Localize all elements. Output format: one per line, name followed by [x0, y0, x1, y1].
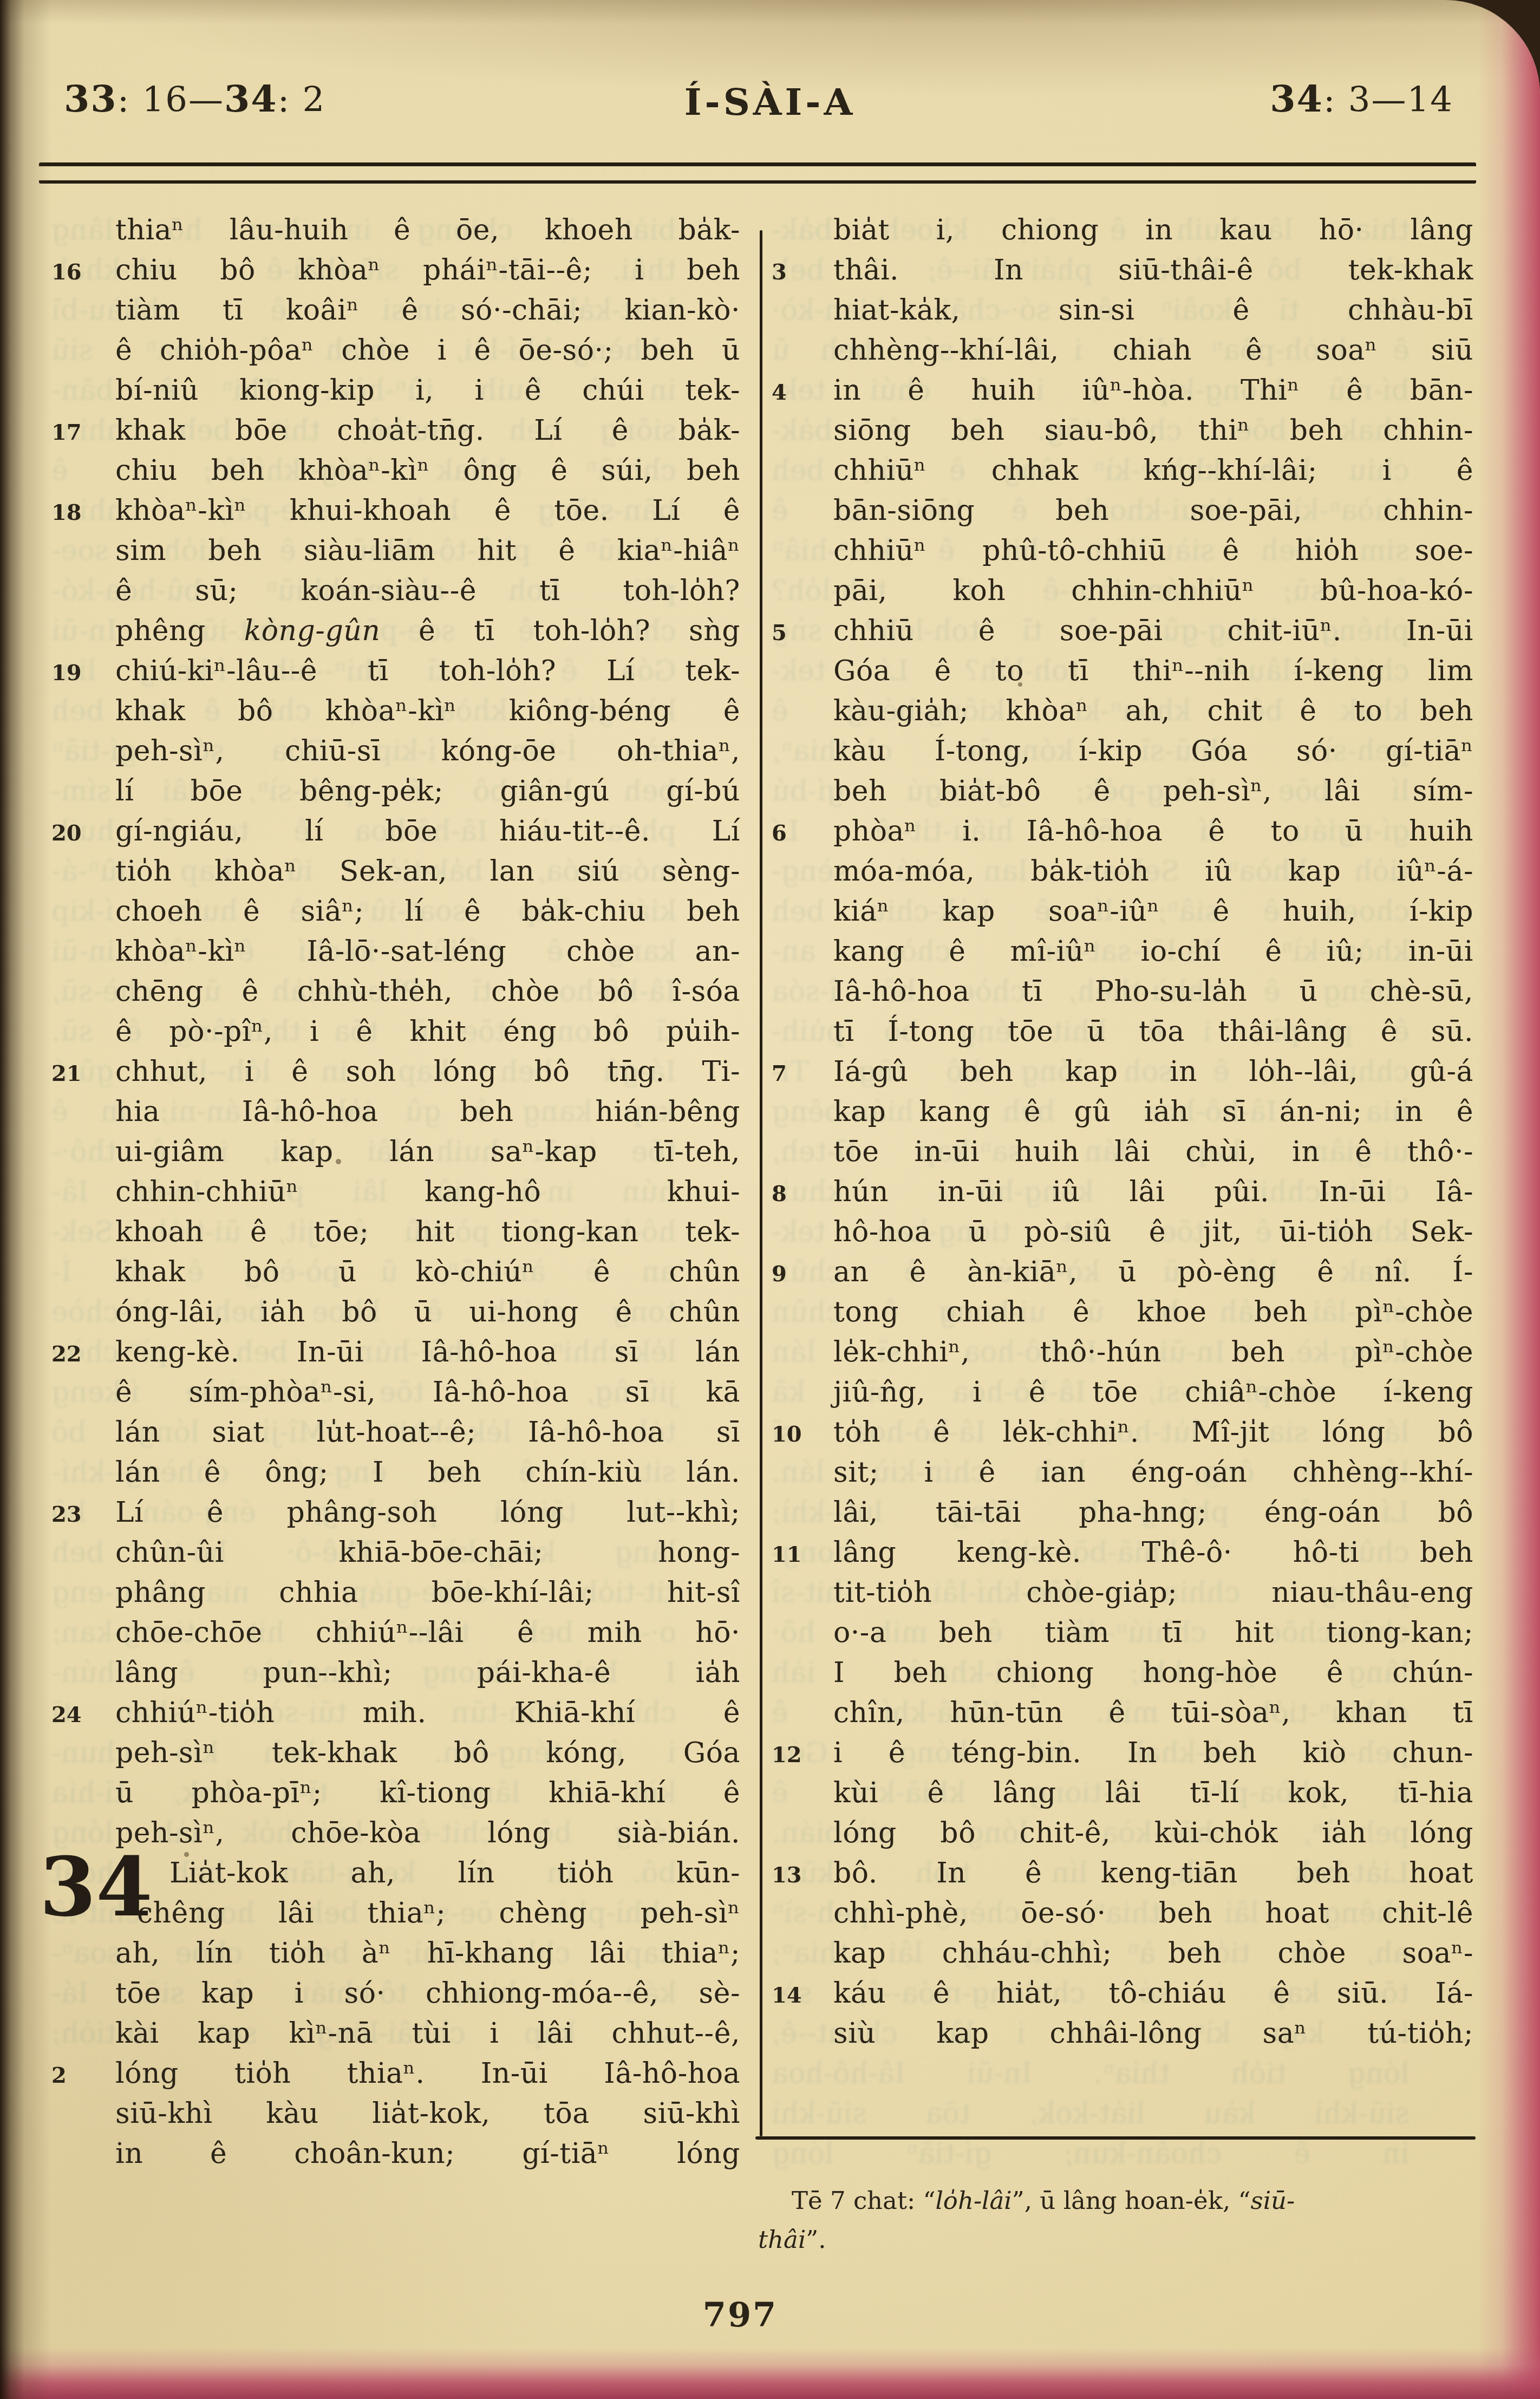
verse-line: in ê choân-kun; gí-tiāⁿ lóng: [51, 2134, 740, 2174]
verse-number: [772, 317, 833, 320]
verse-text: thiaⁿ lâu-huih ê ōe, khoeh ba̍k-: [115, 210, 740, 250]
verse-line: jiû-n̂g, i ê tōe chiâⁿ-chòe í-keng: [772, 1372, 1473, 1412]
verse-text: Lia̍t-kok ah, lín tio̍h kūn-: [115, 1853, 740, 1893]
verse-text: tit-tio̍h chòe-gia̍p; niau-thâu-eng: [833, 1573, 1473, 1613]
verse-line: 9an ê àn-kiāⁿ, ū pò-èng ê nî. Í-: [772, 1252, 1473, 1292]
bleed-through-line: in ê choân-kun; gí-tiāⁿ lóng: [772, 2134, 1473, 2174]
verse-text: kap kang ê gû ia̍h sī án-ni; in ê: [833, 1092, 1473, 1132]
verse-line: siū-khì kàu lia̍t-kok, tōa siū-khì: [51, 2094, 740, 2134]
verse-line: Lia̍t-kok ah, lín tio̍h kūn-: [51, 1853, 740, 1893]
verse-text: peh-sìⁿ tek-khak bô kóng, Góa: [115, 1733, 740, 1773]
verse-line: 6phòaⁿ i. Iâ-hô-hoa ê to ū huih: [772, 811, 1473, 851]
verse-line: kàu Í-tong, í-kip Góa só· gí-tiāⁿ: [772, 731, 1473, 771]
verse-number: [51, 317, 115, 320]
verse-line: le̍k-chhiⁿ, thô·-hún beh pìⁿ-chòe: [772, 1332, 1473, 1372]
verse-number: 21: [51, 1052, 115, 1094]
verse-line: kang ê mî-iûⁿ io-chí ê iû; in-ūi: [772, 931, 1473, 972]
verse-text: kàu Í-tong, í-kip Góa só· gí-tiāⁿ: [833, 731, 1473, 771]
verse-text: lóng tio̍h thiaⁿ. In-ūi Iâ-hô-hoa: [115, 2054, 740, 2094]
verse-number: [51, 1680, 115, 1682]
verse-text: tiàm tī koâiⁿ ê só·-chāi; kian-kò·: [115, 290, 740, 330]
verse-number: [51, 1199, 115, 1201]
scanned-book-page: { "colors": { "paper": "#e8d9ab", "ink":…: [0, 0, 1540, 2399]
verse-text: siū-khì kàu lia̍t-kok, tōa siū-khì: [115, 2094, 740, 2134]
verse-text: ê chio̍h-pôaⁿ chòe i ê ōe-só·; beh ū: [115, 330, 740, 370]
verse-text: choeh ê siâⁿ; lí ê ba̍k-chiu beh: [115, 891, 740, 931]
fore-edge-stain-right: [1478, 0, 1540, 2399]
verse-number: [51, 237, 115, 239]
verse-number: [772, 438, 833, 440]
verse-line: lâi, tāi-tāi pha-hng; éng-oán bô: [772, 1492, 1473, 1533]
verse-line: khoah ê tōe; hit tiong-kan tek-: [51, 1212, 740, 1252]
verse-text: chêng lâi thiaⁿ; chèng peh-sìⁿ: [115, 1893, 740, 1933]
verse-number: 11: [772, 1533, 833, 1575]
column-right: thiaⁿ lâu-huih ê ōe, khoeh ba̍k-chiu bô …: [772, 210, 1473, 2054]
verse-line: chiu beh khòaⁿ-kìⁿ ông ê súi, beh: [51, 451, 740, 491]
verse-text: khak bōe choa̍t-tn̄g. Lí ê ba̍k-: [115, 410, 740, 451]
verse-line: chhèng--khí-lâi, chiah ê soaⁿ siū: [772, 330, 1473, 370]
verse-text: kài kap kìⁿ-nā tùi i lâi chhut--ê,: [115, 2013, 740, 2054]
verse-text: an ê àn-kiāⁿ, ū pò-èng ê nî. Í-: [833, 1252, 1473, 1292]
verse-number: [772, 678, 833, 680]
verse-text: khòaⁿ-kìⁿ khui-khoah ê tōe. Lí ê: [115, 491, 740, 531]
verse-line: Góa ê to tī thiⁿ--nih í-keng lim: [772, 651, 1473, 691]
verse-text: chhèng--khí-lâi, chiah ê soaⁿ siū: [833, 330, 1473, 370]
verse-text: keng-kè. In-ūi Iâ-hô-hoa sī lán: [115, 1332, 740, 1372]
verse-text: chiu bô khòaⁿ pháiⁿ-tāi--ê; i beh: [115, 250, 740, 290]
verse-line: 3thâi. In siū-thâi-ê tek-khak: [772, 250, 1473, 290]
page-number: 797: [0, 2295, 1480, 2335]
verse-number: [772, 2041, 833, 2043]
verse-text: tong chiah ê khoe beh pìⁿ-chòe: [833, 1292, 1473, 1332]
verse-line: tōe in-ūi huih lâi chùi, in ê thô·-: [772, 1132, 1473, 1172]
verse-number: [51, 878, 115, 881]
verse-number: 4: [772, 370, 833, 413]
verse-number: 18: [51, 491, 115, 533]
verse-line: o·-a beh tiàm tī hit tiong-kan;: [772, 1613, 1473, 1653]
verse-text: thâi. In siū-thâi-ê tek-khak: [833, 250, 1473, 290]
verse-number: [772, 237, 833, 239]
verse-number: [772, 1039, 833, 1041]
verse-text: peh-sìⁿ, chōe-kòa lóng sià-bián.: [115, 1813, 740, 1853]
verse-line: chûn-ûi khiā-bōe-chāi; hong-: [51, 1533, 740, 1573]
verse-text: hiat-ka̍k, sin-si ê chhàu-bī: [833, 290, 1473, 330]
verse-text: o·-a beh tiàm tī hit tiong-kan;: [833, 1613, 1473, 1653]
header-rule: [39, 162, 1476, 184]
verse-number: [51, 1239, 115, 1241]
verse-line: 23Lí ê phâng-soh lóng lut--khì;: [51, 1492, 740, 1533]
verse-text: pāi, koh chhin-chhiūⁿ bû-hoa-kó-: [833, 571, 1473, 611]
verse-text: i ê téng-bin. In beh kiò chun-: [833, 1733, 1473, 1773]
verse-number: [51, 1319, 115, 1321]
verse-text: hia Iâ-hô-hoa beh hián-bêng: [115, 1092, 740, 1132]
verse-text: kàu-gia̍h; khòaⁿ ah, chit ê to beh: [833, 691, 1473, 731]
verse-number: [51, 397, 115, 400]
verse-text: ui-giâm kap lán saⁿ-kap tī-teh,: [115, 1132, 740, 1172]
verse-line: sit; i ê ian éng-oán chhèng--khí-: [772, 1452, 1473, 1492]
verse-number: [51, 2041, 115, 2043]
verse-number: [772, 518, 833, 520]
verse-number: [51, 1039, 115, 1041]
verse-number: 19: [51, 651, 115, 693]
verse-number: [772, 1920, 833, 1922]
verse-text: káu ê hia̍t, tô-chiáu ê siū. Iá-: [833, 1973, 1473, 2013]
verse-line: pāi, koh chhin-chhiūⁿ bû-hoa-kó-: [772, 571, 1473, 611]
verse-text: phòaⁿ i. Iâ-hô-hoa ê to ū huih: [833, 811, 1473, 851]
verse-line: Iâ-hô-hoa tī Pho-su-la̍h ū chè-sū,: [772, 972, 1473, 1012]
verse-number: [51, 1760, 115, 1762]
verse-text: phâng chhia bōe-khí-lâi; hit-sî: [115, 1573, 740, 1613]
verse-text: tōe in-ūi huih lâi chùi, in ê thô·-: [833, 1132, 1473, 1172]
verse-line: siōng beh siau-bô, thiⁿ beh chhin-: [772, 410, 1473, 451]
verse-number: [51, 959, 115, 961]
verse-line: lán siat lu̍t-hoat--ê; Iâ-hô-hoa sī: [51, 1412, 740, 1452]
verse-line: 4in ê huih iûⁿ-hòa. Thiⁿ ê bān-: [772, 370, 1473, 410]
verse-line: khòaⁿ-kìⁿ Iâ-lō·-sat-léng chòe an-: [51, 931, 740, 972]
binding-shadow-left: [0, 0, 51, 2399]
verse-text: chûn-ûi khiā-bōe-chāi; hong-: [115, 1533, 740, 1573]
verse-number: [772, 1159, 833, 1161]
verse-line: móa-móa, ba̍k-tio̍h iû kap iûⁿ-á-: [772, 851, 1473, 891]
page-paper: 33: 16—34: 2 Í-SÀI-A 34: 3—14 bia̍t i, c…: [0, 0, 1540, 2399]
verse-line: chhiūⁿ phû-tô-chhiū ê hio̍h soe-: [772, 531, 1473, 571]
verse-number: [51, 1640, 115, 1642]
verse-number: [51, 638, 115, 640]
verse-number: [51, 2161, 115, 2163]
verse-text: chiú-kiⁿ-lâu--ê tī toh-lo̍h? Lí tek-: [115, 651, 740, 691]
verse-number: 24: [51, 1693, 115, 1735]
verse-line: 18khòaⁿ-kìⁿ khui-khoah ê tōe. Lí ê: [51, 491, 740, 531]
verse-text: Iâ-hô-hoa tī Pho-su-la̍h ū chè-sū,: [833, 972, 1473, 1012]
verse-number: [772, 1640, 833, 1642]
verse-number: [51, 1560, 115, 1562]
verse-number: [51, 1159, 115, 1161]
verse-line: kàu-gia̍h; khòaⁿ ah, chit ê to beh: [772, 691, 1473, 731]
verse-number: [772, 1359, 833, 1361]
verse-number: [772, 1840, 833, 1842]
verse-text: le̍k-chhiⁿ, thô·-hún beh pìⁿ-chòe: [833, 1332, 1473, 1372]
verse-text: kiáⁿ kap soaⁿ-iûⁿ ê huih, í-kip: [833, 891, 1473, 931]
verse-text: kap chháu-chhì; beh chòe soaⁿ-: [833, 1933, 1473, 1973]
verse-text: lán ê ông; I beh chín-kiù lán.: [115, 1452, 740, 1492]
verse-line: chêng lâi thiaⁿ; chèng peh-sìⁿ: [51, 1893, 740, 1933]
verse-line: 2lóng tio̍h thiaⁿ. In-ūi Iâ-hô-hoa: [51, 2054, 740, 2094]
verse-text: chēng ê chhù-the̍h, chòe bô î-sóa: [115, 972, 740, 1012]
verse-text: hún in-ūi iû lâi pûi. In-ūi Iâ-: [833, 1172, 1473, 1212]
verse-line: chhì-phè, ōe-só· beh hoat chit-lê: [772, 1893, 1473, 1933]
verse-number: 7: [772, 1052, 833, 1094]
verse-text: hô-hoa ū pò-siû ê ji̍t, ūi-tio̍h Sek-: [833, 1212, 1473, 1252]
verse-line: chhiūⁿ chhak kńg--khí-lâi; i ê: [772, 451, 1473, 491]
verse-text: lán siat lu̍t-hoat--ê; Iâ-hô-hoa sī: [115, 1412, 740, 1452]
verse-number: [772, 1680, 833, 1682]
footnote-line: thâi”.: [758, 2220, 1469, 2259]
verse-number: 23: [51, 1492, 115, 1535]
verse-line: óng-lâi, ia̍h bô ū ui-hong ê chûn: [51, 1292, 740, 1332]
verse-text: ê sím-phòaⁿ-si, Iâ-hô-hoa sī kā: [115, 1372, 740, 1412]
verse-text: siōng beh siau-bô, thiⁿ beh chhin-: [833, 410, 1473, 451]
bleed-through-line: siū-khì kàu lia̍t-kok, tōa siū-khì: [772, 2094, 1473, 2134]
verse-line: ui-giâm kap lán saⁿ-kap tī-teh,: [51, 1132, 740, 1172]
verse-line: beh bia̍t-bô ê peh-sìⁿ, lâi sím-: [772, 771, 1473, 811]
verse-text: chhiū ê soe-pāi chit-iūⁿ. In-ūi: [833, 611, 1473, 651]
verse-text: ah, lín tio̍h àⁿ hī-khang lâi thiaⁿ;: [115, 1933, 740, 1973]
verse-line: 12i ê téng-bin. In beh kiò chun-: [772, 1733, 1473, 1773]
verse-number: [772, 1960, 833, 1963]
verse-number: [772, 959, 833, 961]
verse-number: [772, 999, 833, 1001]
verse-text: bān-siōng beh soe-pāi, chhin-: [833, 491, 1473, 531]
verse-text: kùi ê lâng lâi tī-lí kok, tī-hia: [833, 1773, 1473, 1813]
verse-number: 20: [51, 811, 115, 853]
verse-text: khoah ê tōe; hit tiong-kan tek-: [115, 1212, 740, 1252]
verse-line: ê sím-phòaⁿ-si, Iâ-hô-hoa sī kā: [51, 1372, 740, 1412]
verse-text: sim beh siàu-liām hit ê kiaⁿ-hiâⁿ: [115, 531, 740, 571]
verse-line: I beh chiong hong-hòe ê chún-: [772, 1653, 1473, 1693]
verse-number: [51, 798, 115, 800]
verse-line: phâng chhia bōe-khí-lâi; hit-sî: [51, 1573, 740, 1613]
verse-text: ê pò·-pîⁿ, i ê khit éng bô pu̍ih-: [115, 1012, 740, 1052]
verse-line: peh-sìⁿ, chōe-kòa lóng sià-bián.: [51, 1813, 740, 1853]
verse-number: 3: [772, 250, 833, 292]
verse-line: ê pò·-pîⁿ, i ê khit éng bô pu̍ih-: [51, 1012, 740, 1052]
verse-line: ê sū; koán-siàu--ê tī toh-lo̍h?: [51, 571, 740, 611]
verse-text: lóng bô chit-ê, kùi-cho̍k ia̍h lóng: [833, 1813, 1473, 1853]
verse-line: ê chio̍h-pôaⁿ chòe i ê ōe-só·; beh ū: [51, 330, 740, 370]
verse-text: bô. In ê keng-tiān beh hoat: [833, 1853, 1473, 1893]
verse-text: lâng keng-kè. Thê-ô· hô-ti beh: [833, 1533, 1473, 1573]
verse-text: chiu beh khòaⁿ-kìⁿ ông ê súi, beh: [115, 451, 740, 491]
verse-number: [772, 478, 833, 480]
verse-text: óng-lâi, ia̍h bô ū ui-hong ê chûn: [115, 1292, 740, 1332]
verse-line: chhin-chhiūⁿ kang-hô khui-: [51, 1172, 740, 1212]
verse-line: thiaⁿ lâu-huih ê ōe, khoeh ba̍k-: [51, 210, 740, 250]
verse-number: [51, 478, 115, 480]
verse-text: phêng kòng-gûn ê tī toh-lo̍h? sǹg: [115, 611, 740, 651]
column-left-lines: thiaⁿ lâu-huih ê ōe, khoeh ba̍k-16chiu b…: [51, 210, 740, 2174]
verse-line: tio̍h khòaⁿ Sek-an, lan siú sèng-: [51, 851, 740, 891]
verse-line: kùi ê lâng lâi tī-lí kok, tī-hia: [772, 1773, 1473, 1813]
verse-number: 10: [772, 1412, 833, 1455]
verse-text: Góa ê to tī thiⁿ--nih í-keng lim: [833, 651, 1473, 691]
verse-text: chhut, i ê soh lóng bô tn̄g. Ti-: [115, 1052, 740, 1092]
verse-number: [772, 718, 833, 720]
verse-number: 17: [51, 410, 115, 453]
verse-line: kài kap kìⁿ-nā tùi i lâi chhut--ê,: [51, 2013, 740, 2054]
verse-number: [772, 1800, 833, 1802]
verse-number: [51, 718, 115, 720]
verse-number: 22: [51, 1332, 115, 1374]
verse-number: [772, 918, 833, 921]
verse-line: 20gí-ngiáu, lí bōe hiáu-tit--ê. Lí: [51, 811, 740, 851]
verse-text: khak bô ū kò-chiúⁿ ê chûn: [115, 1252, 740, 1292]
verse-text: khòaⁿ-kìⁿ Iâ-lō·-sat-léng chòe an-: [115, 931, 740, 972]
verse-line: bia̍t i, chiong in kau hō· lâng: [772, 210, 1473, 250]
verse-number: [51, 2121, 115, 2123]
verse-line: hiat-ka̍k, sin-si ê chhàu-bī: [772, 290, 1473, 330]
verse-line: 21chhut, i ê soh lóng bô tn̄g. Ti-: [51, 1052, 740, 1092]
verse-number: [51, 1119, 115, 1121]
footnote-rule: [755, 2136, 1476, 2140]
verse-line: khak bô ū kò-chiúⁿ ê chûn: [51, 1252, 740, 1292]
verse-line: 10to̍h ê le̍k-chhiⁿ. Mî-ji̍t lóng bô: [772, 1412, 1473, 1452]
verse-line: bí-niû kiong-kip i, i ê chúi tek-: [51, 370, 740, 410]
verse-line: 11lâng keng-kè. Thê-ô· hô-ti beh: [772, 1533, 1473, 1573]
verse-number: [51, 1800, 115, 1802]
verse-line: sim beh siàu-liām hit ê kiaⁿ-hiâⁿ: [51, 531, 740, 571]
verse-line: 13bô. In ê keng-tiān beh hoat: [772, 1853, 1473, 1893]
verse-number: [772, 1119, 833, 1121]
verse-number: [51, 1479, 115, 1482]
verse-line: kiáⁿ kap soaⁿ-iûⁿ ê huih, í-kip: [772, 891, 1473, 931]
verse-text: in ê huih iûⁿ-hòa. Thiⁿ ê bān-: [833, 370, 1473, 410]
verse-number: [772, 357, 833, 360]
verse-number: [772, 1600, 833, 1602]
verse-number: [772, 1520, 833, 1522]
verse-number: [772, 1319, 833, 1321]
verse-line: tī Í-tong tōe ū tōa thâi-lâng ê sū.: [772, 1012, 1473, 1052]
verse-text: Lí ê phâng-soh lóng lut--khì;: [115, 1492, 740, 1533]
verse-text: khak bô khòaⁿ-kìⁿ kiông-béng ê: [115, 691, 740, 731]
verse-text: lí bōe bêng-pe̍k; giân-gú gí-bú: [115, 771, 740, 811]
verse-text: beh bia̍t-bô ê peh-sìⁿ, lâi sím-: [833, 771, 1473, 811]
verse-text: gí-ngiáu, lí bōe hiáu-tit--ê. Lí: [115, 811, 740, 851]
verse-number: [51, 598, 115, 600]
verse-text: bia̍t i, chiong in kau hō· lâng: [833, 210, 1473, 250]
column-left: bia̍t i, chiong in kau hō· lângthâi. In …: [51, 210, 740, 2174]
verse-line: lí bōe bêng-pe̍k; giân-gú gí-bú: [51, 771, 740, 811]
verse-number: [51, 758, 115, 760]
verse-number: [772, 1720, 833, 1722]
verse-number: 16: [51, 250, 115, 292]
verse-line: peh-sìⁿ tek-khak bô kóng, Góa: [51, 1733, 740, 1773]
verse-number: 12: [772, 1733, 833, 1775]
verse-line: 14káu ê hia̍t, tô-chiáu ê siū. Iá-: [772, 1973, 1473, 2013]
verse-text: chîn, hūn-tūn ê tūi-sòaⁿ, khan tī: [833, 1693, 1473, 1733]
verse-text: jiû-n̂g, i ê tōe chiâⁿ-chòe í-keng: [833, 1372, 1473, 1412]
verse-text: chhì-phè, ōe-só· beh hoat chit-lê: [833, 1893, 1473, 1933]
verse-text: chōe-chōe chhiúⁿ--lâi ê mih hō·: [115, 1613, 740, 1653]
verse-line: peh-sìⁿ, chiū-sī kóng-ōe oh-thiaⁿ,: [51, 731, 740, 771]
verse-text: tōe kap i só· chhiong-móa--ê, sè-: [115, 1973, 740, 2013]
verse-line: ah, lín tio̍h àⁿ hī-khang lâi thiaⁿ;: [51, 1933, 740, 1973]
verse-line: hô-hoa ū pò-siû ê ji̍t, ūi-tio̍h Sek-: [772, 1212, 1473, 1252]
verse-line: 7Iá-gû beh kap in lo̍h--lâi, gû-á: [772, 1052, 1473, 1092]
verse-number: [772, 558, 833, 560]
verse-line: 16chiu bô khòaⁿ pháiⁿ-tāi--ê; i beh: [51, 250, 740, 290]
header-right-reference: 34: 3—14: [1270, 69, 1453, 130]
verse-number: 8: [772, 1172, 833, 1214]
footnote: Tē 7 chat: “lo̍h-lâi”, ū lâng hoan-e̍k, …: [792, 2181, 1469, 2259]
verse-line: 24chhiúⁿ-tio̍h mih. Khiā-khí ê: [51, 1693, 740, 1733]
verse-number: 9: [772, 1252, 833, 1294]
verse-line: kap kang ê gû ia̍h sī án-ni; in ê: [772, 1092, 1473, 1132]
verse-text: to̍h ê le̍k-chhiⁿ. Mî-ji̍t lóng bô: [833, 1412, 1473, 1452]
verse-number: [51, 999, 115, 1001]
verse-line: lóng bô chit-ê, kùi-cho̍k ia̍h lóng: [772, 1813, 1473, 1853]
verse-text: ê sū; koán-siàu--ê tī toh-lo̍h?: [115, 571, 740, 611]
verse-number: [772, 758, 833, 760]
verse-line: 19chiú-kiⁿ-lâu--ê tī toh-lo̍h? Lí tek-: [51, 651, 740, 691]
verse-text: I beh chiong hong-hòe ê chún-: [833, 1653, 1473, 1693]
fore-edge-stain-bottom: [0, 2348, 1540, 2399]
verse-number: [772, 1239, 833, 1241]
verse-number: [51, 357, 115, 360]
verse-number: [51, 1279, 115, 1281]
verse-text: tī Í-tong tōe ū tōa thâi-lâng ê sū.: [833, 1012, 1473, 1052]
verse-number: [51, 558, 115, 560]
verse-line: hia Iâ-hô-hoa beh hián-bêng: [51, 1092, 740, 1132]
verse-line: 8hún in-ūi iû lâi pûi. In-ūi Iâ-: [772, 1172, 1473, 1212]
verse-text: tio̍h khòaⁿ Sek-an, lan siú sèng-: [115, 851, 740, 891]
verse-line: tiàm tī koâiⁿ ê só·-chāi; kian-kò·: [51, 290, 740, 330]
verse-text: Iá-gû beh kap in lo̍h--lâi, gû-á: [833, 1052, 1473, 1092]
verse-number: 5: [772, 611, 833, 653]
verse-text: chhin-chhiūⁿ kang-hô khui-: [115, 1172, 740, 1212]
verse-line: 5chhiū ê soe-pāi chit-iūⁿ. In-ūi: [772, 611, 1473, 651]
footnote-line: Tē 7 chat: “lo̍h-lâi”, ū lâng hoan-e̍k, …: [792, 2181, 1469, 2220]
verse-number: [51, 2000, 115, 2003]
verse-text: lâng pun--khì; pái-kha-ê ia̍h: [115, 1653, 740, 1693]
verse-text: chhiūⁿ phû-tô-chhiū ê hio̍h soe-: [833, 531, 1473, 571]
verse-number: 2: [51, 2054, 115, 2096]
verse-text: sit; i ê ian éng-oán chhèng--khí-: [833, 1452, 1473, 1492]
verse-line: tōe kap i só· chhiong-móa--ê, sè-: [51, 1973, 740, 2013]
verse-line: chēng ê chhù-the̍h, chòe bô î-sóa: [51, 972, 740, 1012]
verse-line: tit-tio̍h chòe-gia̍p; niau-thâu-eng: [772, 1573, 1473, 1613]
verse-number: 14: [772, 1973, 833, 2016]
verse-line: 17khak bōe choa̍t-tn̄g. Lí ê ba̍k-: [51, 410, 740, 451]
verse-text: in ê choân-kun; gí-tiāⁿ lóng: [115, 2134, 740, 2174]
verse-text: chhiūⁿ chhak kńg--khí-lâi; i ê: [833, 451, 1473, 491]
verse-text: móa-móa, ba̍k-tio̍h iû kap iûⁿ-á-: [833, 851, 1473, 891]
verse-number: [772, 1399, 833, 1401]
verse-line: chōe-chōe chhiúⁿ--lâi ê mih hō·: [51, 1613, 740, 1653]
chapter-number: 34: [40, 1847, 153, 1928]
verse-line: ū phòa-pīⁿ; kî-tiong khiā-khí ê: [51, 1773, 740, 1813]
verse-number: [51, 1600, 115, 1602]
verse-line: khak bô khòaⁿ-kìⁿ kiông-béng ê: [51, 691, 740, 731]
verse-text: chhiúⁿ-tio̍h mih. Khiā-khí ê: [115, 1693, 740, 1733]
verse-line: tong chiah ê khoe beh pìⁿ-chòe: [772, 1292, 1473, 1332]
verse-number: [772, 598, 833, 600]
verse-text: siù kap chhâi-lông saⁿ tú-tio̍h;: [833, 2013, 1473, 2054]
verse-text: ū phòa-pīⁿ; kî-tiong khiā-khí ê: [115, 1773, 740, 1813]
verse-line: phêng kòng-gûn ê tī toh-lo̍h? sǹg: [51, 611, 740, 651]
column-right-lines: bia̍t i, chiong in kau hō· lâng3thâi. In…: [772, 210, 1473, 2054]
verse-line: lán ê ông; I beh chín-kiù lán.: [51, 1452, 740, 1492]
verse-line: lâng pun--khì; pái-kha-ê ia̍h: [51, 1653, 740, 1693]
verse-number: [51, 1439, 115, 1442]
running-header: 33: 16—34: 2 Í-SÀI-A 34: 3—14: [0, 69, 1540, 134]
verse-number: [51, 1399, 115, 1401]
verse-text: peh-sìⁿ, chiū-sī kóng-ōe oh-thiaⁿ,: [115, 731, 740, 771]
bleed-through-line: lóng tio̍h thiaⁿ. In-ūi Iâ-hô-hoa: [772, 2054, 1473, 2094]
page-top-shadow: [0, 0, 1540, 24]
verse-line: bān-siōng beh soe-pāi, chhin-: [772, 491, 1473, 531]
verse-text: kang ê mî-iûⁿ io-chí ê iû; in-ūi: [833, 931, 1473, 972]
verse-number: 13: [772, 1853, 833, 1895]
verse-number: [51, 1960, 115, 1963]
verse-number: [772, 878, 833, 881]
verse-line: choeh ê siâⁿ; lí ê ba̍k-chiu beh: [51, 891, 740, 931]
verse-number: [772, 798, 833, 800]
verse-line: chîn, hūn-tūn ê tūi-sòaⁿ, khan tī: [772, 1693, 1473, 1733]
column-divider: [760, 230, 762, 2136]
verse-number: 6: [772, 811, 833, 853]
verse-number: [51, 918, 115, 921]
verse-text: bí-niû kiong-kip i, i ê chúi tek-: [115, 370, 740, 410]
